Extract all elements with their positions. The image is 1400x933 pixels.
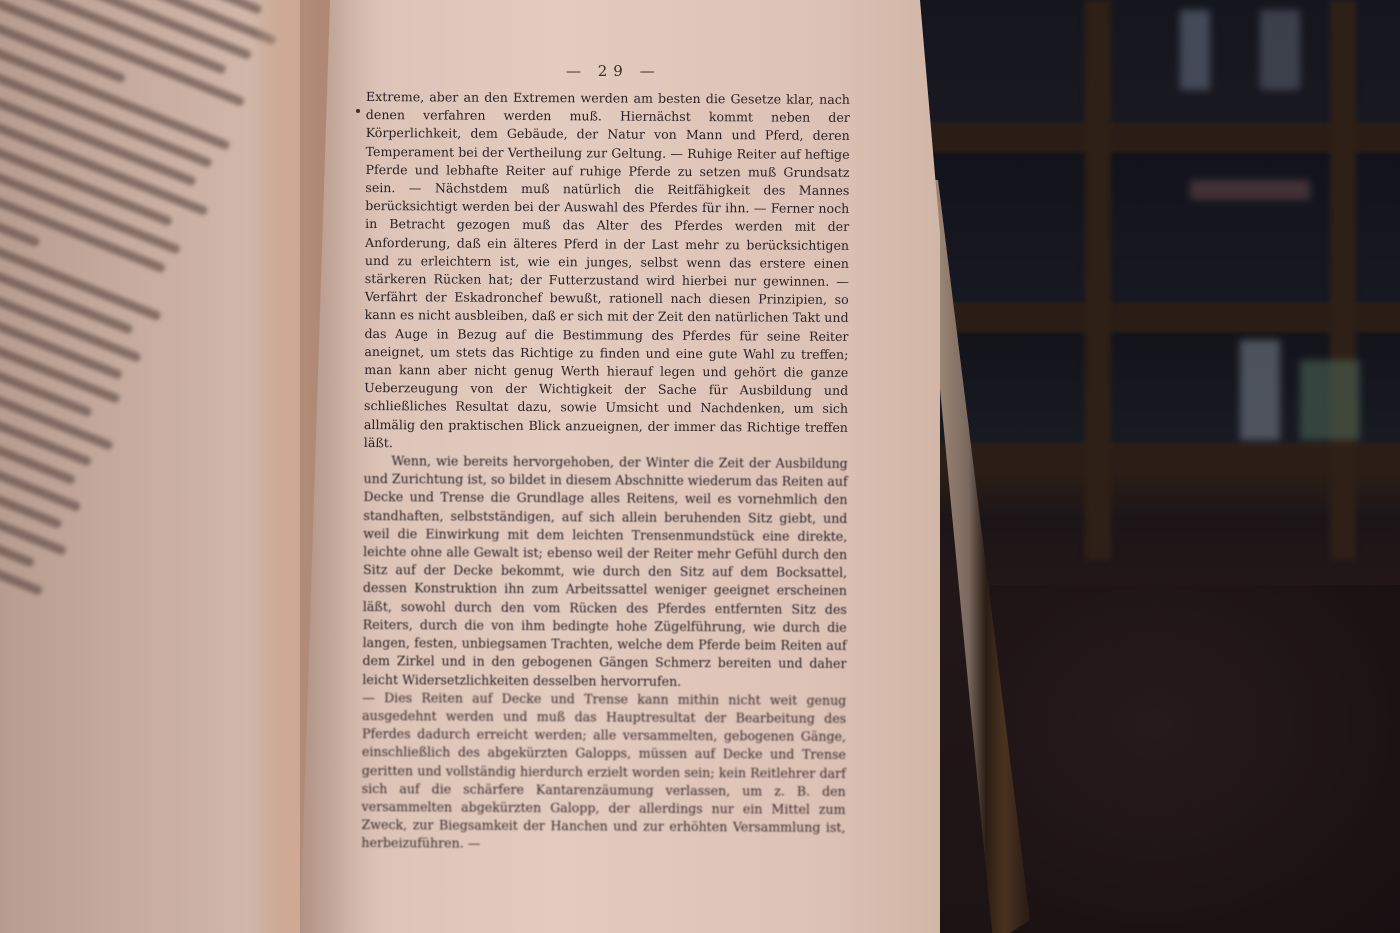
left-page — [0, 0, 330, 933]
blurred-book — [1190, 180, 1310, 200]
blurred-book — [1300, 360, 1360, 440]
paragraph: — Dies Reiten auf Decke und Trense kann … — [361, 689, 846, 856]
page-body-text: Extreme, aber an den Extremen werden am … — [361, 88, 850, 855]
margin-mark — [356, 109, 360, 113]
blurred-book — [1180, 10, 1210, 90]
paragraph: Extreme, aber an den Extremen werden am … — [364, 88, 850, 455]
shelf-post — [1330, 0, 1356, 560]
blurred-book — [1260, 10, 1300, 90]
table-surface — [990, 585, 1400, 933]
page-number: — 29 — — [566, 62, 661, 80]
paragraph: Wenn, wie bereits hervorgehoben, der Win… — [362, 452, 847, 692]
shelf-post — [1085, 0, 1111, 560]
blurred-book — [1240, 340, 1280, 440]
